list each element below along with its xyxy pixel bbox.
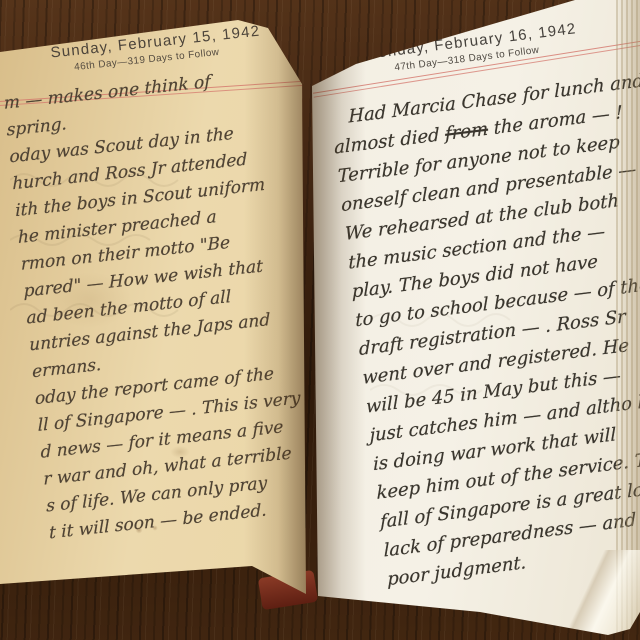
right-page-entry: Had Marcia Chase for lunch and almost di… <box>329 70 640 598</box>
page-stack-edge <box>616 0 640 640</box>
right-gutter-shadow <box>312 0 366 640</box>
diary-photo: Sunday, February 15, 1942 46th Day—319 D… <box>0 0 640 640</box>
struck-word: from <box>445 119 488 145</box>
